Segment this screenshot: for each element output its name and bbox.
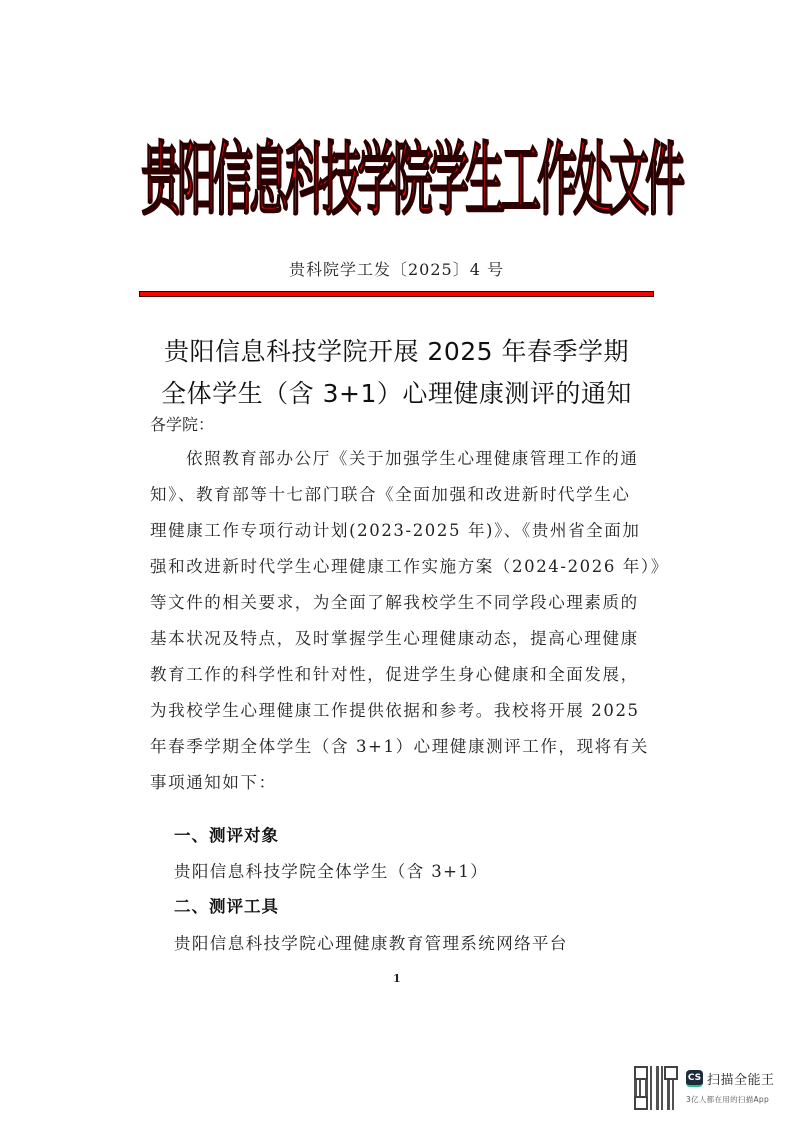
page-number: 1 [393, 972, 401, 985]
masthead-char: 学 [429, 140, 459, 219]
camscanner-logo-icon: CS [686, 1070, 703, 1087]
watermark-app-name: 扫描全能王 [707, 1069, 775, 1088]
red-divider-rule [139, 291, 654, 297]
masthead-char: 院 [393, 140, 423, 219]
body-line: 等文件的相关要求，为全面了解我校学生不同学段心理素质的 [150, 585, 658, 621]
masthead-char: 作 [537, 140, 567, 219]
body-line: 依照教育部办公厅《关于加强学生心理健康管理工作的通 [150, 441, 658, 477]
body-line: 理健康工作专项行动计划(2023-2025 年)》、《贵州省全面加 [150, 513, 658, 549]
masthead-char: 贵 [141, 140, 171, 219]
body-line: 教育工作的科学性和针对性，促进学生身心健康和全面发展， [150, 657, 658, 693]
masthead-char: 技 [321, 140, 351, 219]
section-heading-2: 二、测评工具 [174, 893, 279, 917]
masthead-char: 件 [645, 140, 675, 219]
section-heading-1: 一、测评对象 [174, 822, 279, 846]
notice-title-line-1: 贵阳信息科技学院开展 2025 年春季学期 [0, 332, 793, 368]
body-line: 强和改进新时代学生心理健康工作实施方案（2024-2026 年）》 [150, 549, 658, 585]
masthead-char: 息 [249, 140, 279, 219]
qr-code-icon [634, 1066, 678, 1110]
salutation: 各学院： [150, 412, 214, 435]
body-paragraph: 依照教育部办公厅《关于加强学生心理健康管理工作的通 知》、教育部等十七部门联合《… [150, 441, 658, 801]
body-line: 基本状况及特点，及时掌握学生心理健康动态，提高心理健康 [150, 621, 658, 657]
masthead-char: 学 [357, 140, 387, 219]
camscanner-watermark: CS 扫描全能王 3亿人都在用的扫描App [634, 1066, 784, 1112]
masthead-char: 信 [213, 140, 243, 219]
masthead-char: 处 [573, 140, 603, 219]
section-content-2: 贵阳信息科技学院心理健康教育管理系统网络平台 [174, 930, 568, 954]
section-content-1: 贵阳信息科技学院全体学生（含 3+1） [174, 858, 488, 882]
body-line: 知》、教育部等十七部门联合《全面加强和改进新时代学生心 [150, 477, 658, 513]
body-line: 事项通知如下： [150, 765, 658, 801]
masthead-title: 贵阳信息科技学院学生工作处文件 [138, 134, 650, 226]
masthead-char: 生 [465, 140, 495, 219]
masthead-char: 阳 [177, 140, 207, 219]
masthead-char: 文 [609, 140, 639, 219]
body-line: 年春季学期全体学生（含 3+1）心理健康测评工作，现将有关 [150, 729, 658, 765]
masthead-char: 科 [285, 140, 315, 219]
masthead-char: 工 [501, 140, 531, 219]
document-number: 贵科院学工发〔2025〕4 号 [0, 257, 793, 280]
notice-title-line-2: 全体学生（含 3+1）心理健康测评的通知 [0, 374, 793, 410]
document-page: 贵阳信息科技学院学生工作处文件 贵科院学工发〔2025〕4 号 贵阳信息科技学院… [0, 0, 793, 1122]
body-line: 为我校学生心理健康工作提供依据和参考。我校将开展 2025 [150, 693, 658, 729]
watermark-tagline: 3亿人都在用的扫描App [686, 1094, 769, 1105]
